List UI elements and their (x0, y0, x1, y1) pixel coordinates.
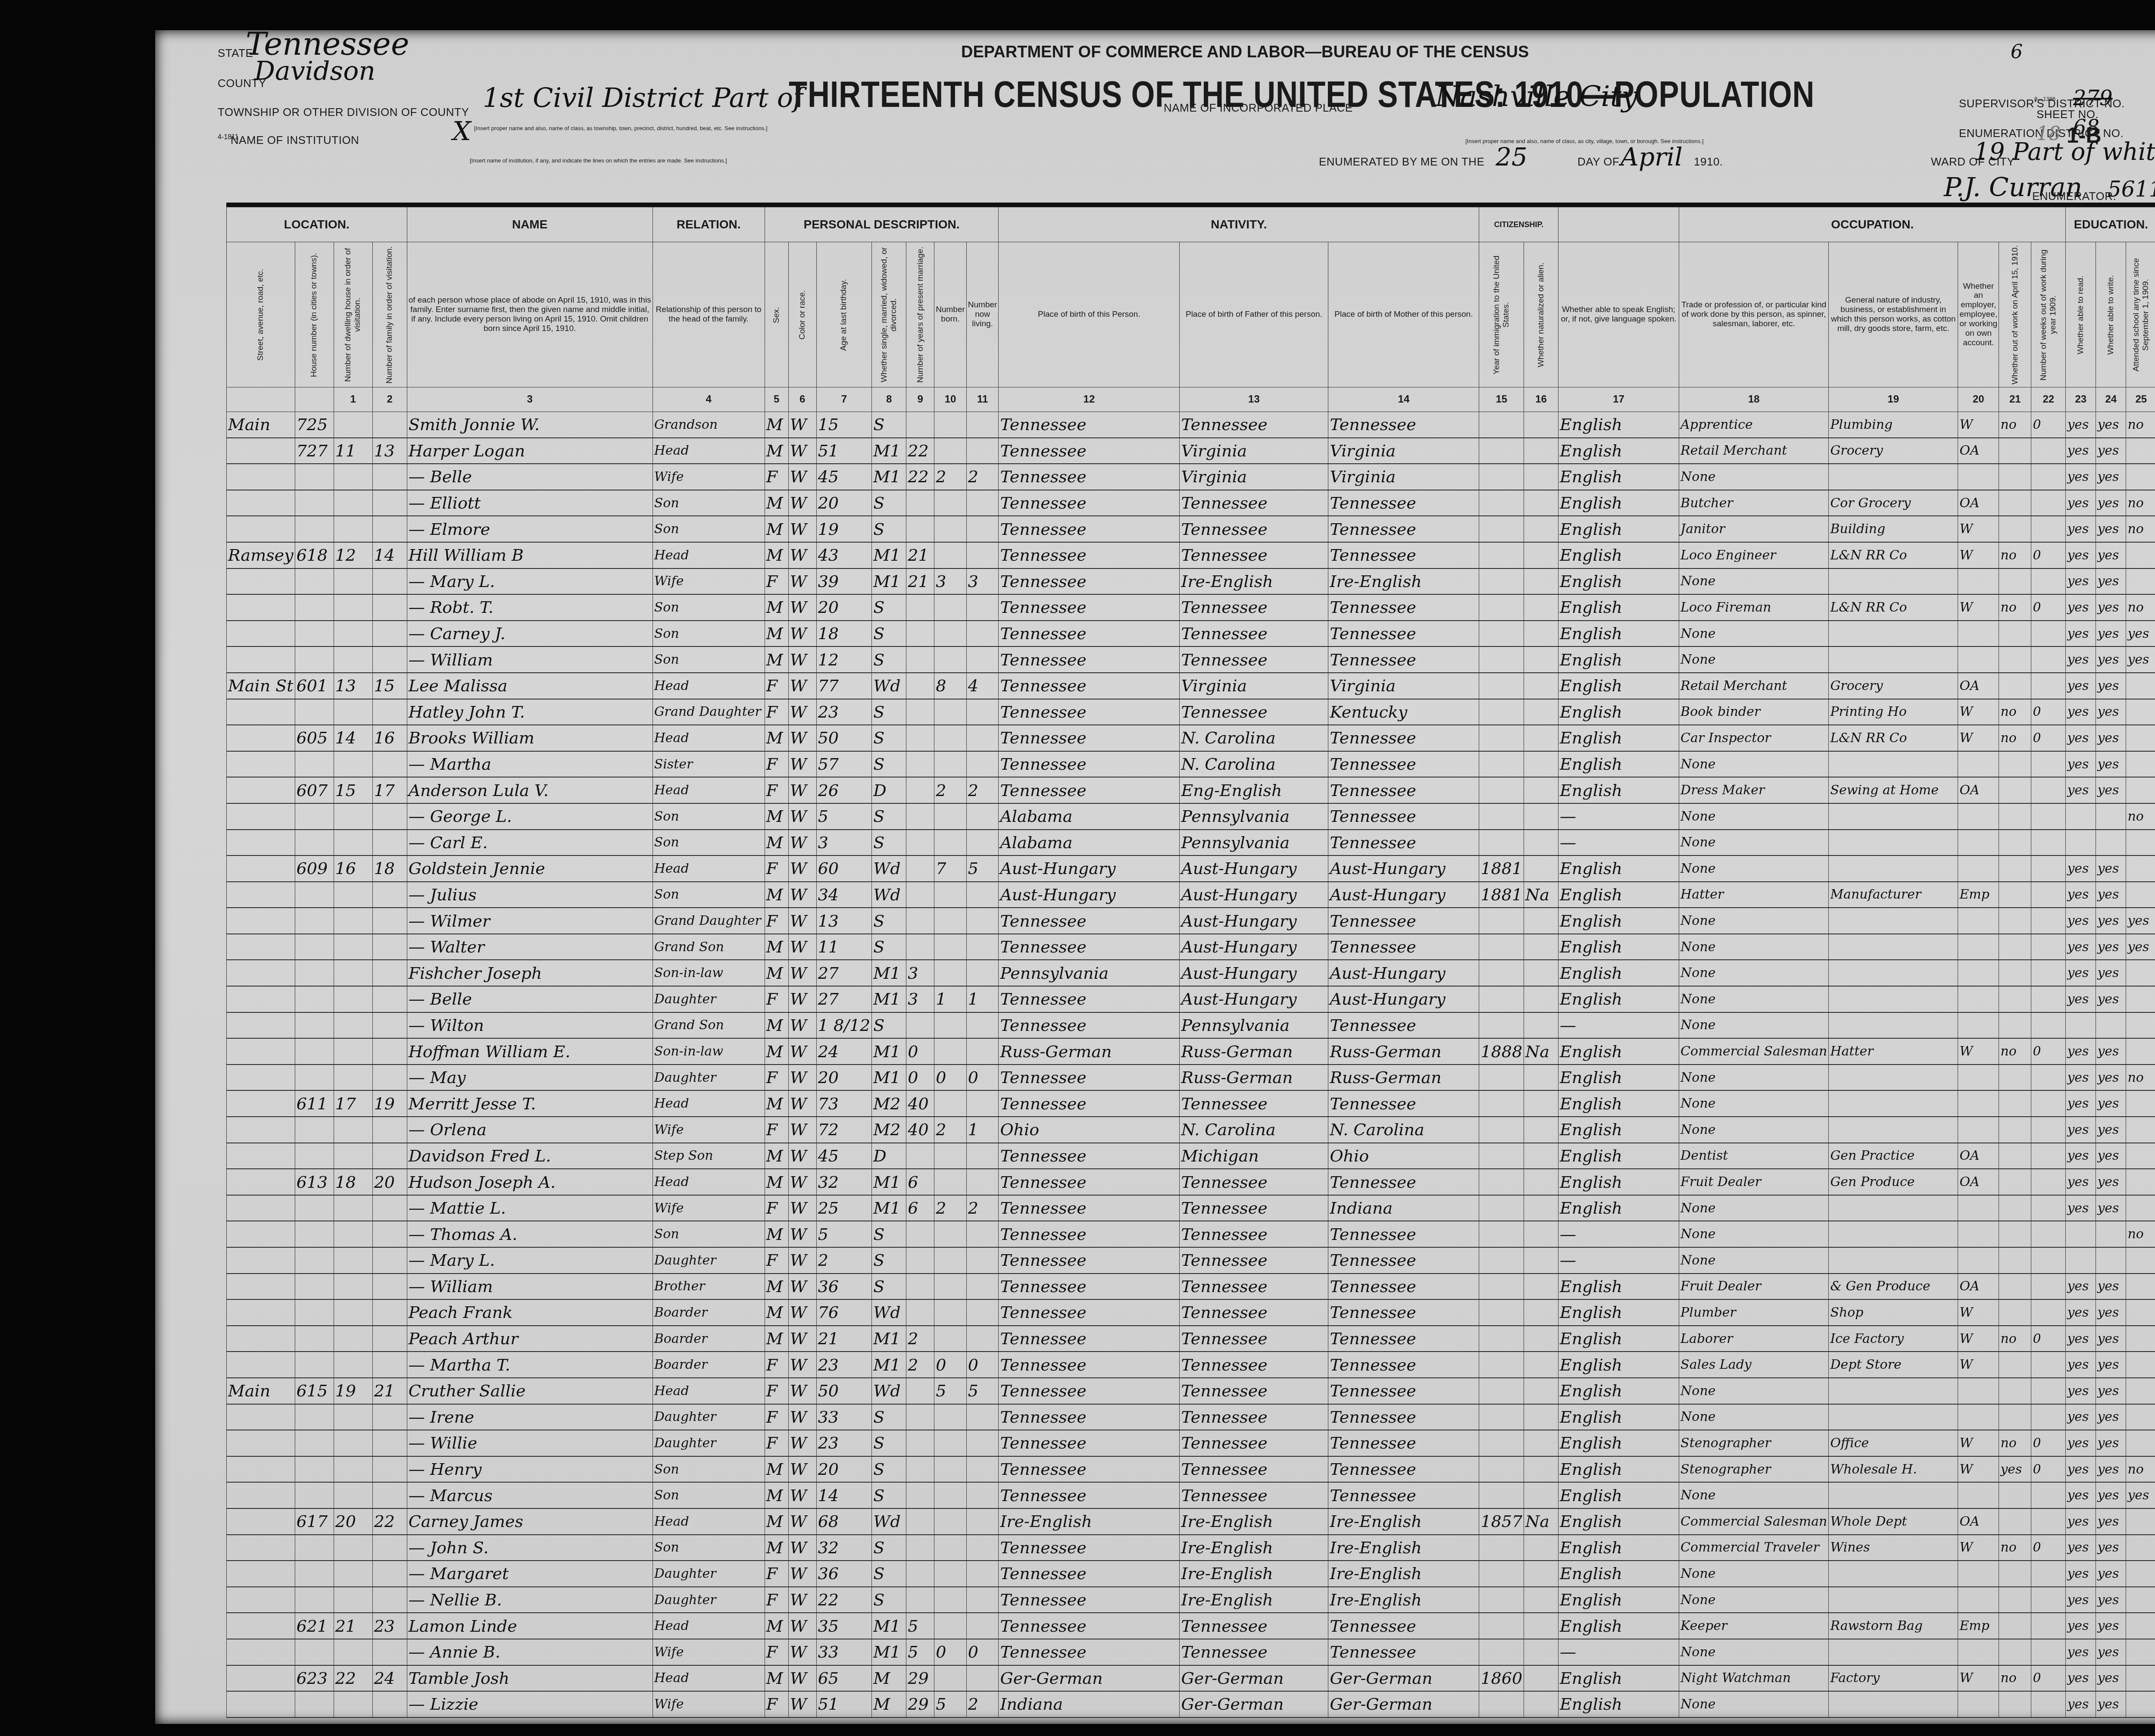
cell-write: yes (2096, 542, 2126, 568)
cell-bp: Tennessee (999, 1561, 1180, 1587)
cell-house: 727 (295, 438, 334, 464)
column-label: Whether an employer, employee, or workin… (1958, 242, 1999, 387)
cell-wks (2031, 856, 2066, 882)
cell-cls (1958, 934, 1999, 960)
cell-street (227, 516, 295, 542)
cell-out (1999, 1508, 2031, 1535)
cell-school (2126, 1665, 2155, 1692)
cell-nat (1524, 1587, 1558, 1613)
table-row: — JuliusSonMW34WdAust-HungaryAust-Hungar… (227, 882, 2155, 908)
cell-sex: M (765, 1299, 788, 1326)
cell-ms: M1 (872, 986, 906, 1012)
cell-sex: F (765, 986, 788, 1012)
cell-out (1999, 646, 2031, 673)
cell-school (2126, 1404, 2155, 1430)
cell-bp: Alabama (999, 830, 1180, 856)
cell-wks (2031, 1352, 2066, 1378)
table-row: — Mary L.DaughterFW2STennesseeTennesseeT… (227, 1247, 2155, 1274)
cell-ms: S (872, 1012, 906, 1039)
cell-read: yes (2066, 1508, 2096, 1535)
cell-school (2126, 1117, 2155, 1143)
cell-bp: Tennessee (999, 1012, 1180, 1039)
cell-write: yes (2096, 516, 2126, 542)
cell-imm (1479, 673, 1524, 699)
cell-name: — Carl E. (407, 830, 653, 856)
cell-imm (1479, 516, 1524, 542)
cell-mbp: Tennessee (1328, 1221, 1479, 1247)
cell-industry: Whole Dept (1829, 1508, 1958, 1535)
cell-fam (372, 1299, 407, 1326)
cell-school (2126, 1535, 2155, 1561)
cell-nat (1524, 1352, 1558, 1378)
cell-ms: S (872, 830, 906, 856)
table-row: — ElmoreSonMW19STennesseeTennesseeTennes… (227, 516, 2155, 542)
cell-write: yes (2096, 1456, 2126, 1483)
cell-school (2126, 673, 2155, 699)
cell-mbp: Tennessee (1328, 1613, 1479, 1639)
cell-imm (1479, 1247, 1524, 1274)
cell-trade: Plumber (1679, 1299, 1829, 1326)
cell-dw (334, 464, 372, 490)
cell-mbp: Tennessee (1328, 1012, 1479, 1039)
supervisor-value: 279 (2073, 86, 2113, 110)
cell-house: 621 (295, 1613, 334, 1639)
cell-industry: Grocery (1829, 673, 1958, 699)
cell-cls (1958, 464, 1999, 490)
cell-rel: Head (653, 856, 765, 882)
institution-label: NAME OF INSTITUTION (231, 134, 359, 147)
cell-rel: Son (653, 594, 765, 621)
cell-read: yes (2066, 1299, 2096, 1326)
cell-nat (1524, 1404, 1558, 1430)
cell-wks: 0 (2031, 1456, 2066, 1483)
cell-age: 73 (816, 1090, 872, 1117)
cell-school: yes (2126, 621, 2155, 647)
cell-industry (1829, 1247, 1958, 1274)
cell-yrs (906, 1482, 934, 1508)
cell-industry: Printing Ho (1829, 699, 1958, 725)
cell-read (2066, 830, 2096, 856)
column-label: Whether out of work on April 15, 1910. (1999, 242, 2031, 387)
cell-living (966, 1613, 999, 1639)
cell-sex: M (765, 1038, 788, 1065)
cell-bp: Tennessee (999, 516, 1180, 542)
cell-nat (1524, 1221, 1558, 1247)
cell-living (966, 882, 999, 908)
cell-wks (2031, 1143, 2066, 1169)
cell-imm (1479, 464, 1524, 490)
cell-nat (1524, 830, 1558, 856)
cell-house (295, 830, 334, 856)
cell-bp: Tennessee (999, 1299, 1180, 1326)
table-row: — MayDaughterFW20M1000TennesseeRuss-Germ… (227, 1065, 2155, 1091)
cell-write: yes (2096, 438, 2126, 464)
cell-street (227, 1090, 295, 1117)
cell-read: yes (2066, 699, 2096, 725)
cell-cls (1958, 1691, 1999, 1717)
cell-industry: Gen Practice (1829, 1143, 1958, 1169)
cell-nat (1524, 699, 1558, 725)
cell-wks: 0 (2031, 1665, 2066, 1692)
cell-street (227, 1143, 295, 1169)
cell-read: yes (2066, 1430, 2096, 1456)
cell-ms: Wd (872, 673, 906, 699)
cell-school (2126, 464, 2155, 490)
cell-cls: OA (1958, 1508, 1999, 1535)
cell-wks (2031, 568, 2066, 595)
cell-rel: Head (653, 725, 765, 751)
cell-cls: OA (1958, 438, 1999, 464)
cell-out (1999, 830, 2031, 856)
cell-write: yes (2096, 934, 2126, 960)
cell-write: yes (2096, 1299, 2126, 1326)
cell-industry: & Gen Produce (1829, 1274, 1958, 1300)
cell-name: — Orlena (407, 1117, 653, 1143)
cell-sex: F (765, 1247, 788, 1274)
cell-age: 77 (816, 673, 872, 699)
cell-mbp: Tennessee (1328, 621, 1479, 647)
cell-imm (1479, 1404, 1524, 1430)
cell-lang: English (1558, 490, 1679, 516)
cell-nat (1524, 568, 1558, 595)
column-label: Relationship of this person to the head … (653, 242, 765, 387)
cell-living: 2 (966, 777, 999, 803)
cell-name: Fishcher Joseph (407, 960, 653, 986)
cell-trade: None (1679, 1221, 1829, 1247)
cell-race: W (788, 1561, 816, 1587)
cell-rel: Grand Daughter (653, 908, 765, 934)
cell-yrs (906, 751, 934, 777)
cell-name: — Thomas A. (407, 1221, 653, 1247)
cell-mbp: Ire-English (1328, 568, 1479, 595)
cell-nat (1524, 1378, 1558, 1404)
cell-dw: 13 (334, 673, 372, 699)
cell-sex: M (765, 725, 788, 751)
cell-wks (2031, 1378, 2066, 1404)
cell-rel: Grand Son (653, 1012, 765, 1039)
cell-mbp: Tennessee (1328, 1169, 1479, 1195)
cell-yrs: 21 (906, 568, 934, 595)
column-label: General nature of industry, business, or… (1829, 242, 1958, 387)
cell-bp: Pennsylvania (999, 960, 1180, 986)
cell-cls (1958, 1247, 1999, 1274)
table-row: 6232224Tamble JoshHeadMW65M29Ger-GermanG… (227, 1665, 2155, 1692)
cell-trade: Book binder (1679, 699, 1829, 725)
cell-born (934, 1404, 967, 1430)
cell-fbp: Tennessee (1180, 516, 1328, 542)
cell-born (934, 542, 967, 568)
cell-dw (334, 882, 372, 908)
cell-write: yes (2096, 1535, 2126, 1561)
cell-sex: F (765, 1065, 788, 1091)
cell-dw (334, 621, 372, 647)
cell-house (295, 934, 334, 960)
cell-cls: W (1958, 1038, 1999, 1065)
cell-sex: M (765, 1535, 788, 1561)
cell-nat: Na (1524, 1038, 1558, 1065)
table-row: — BelleDaughterFW27M1311TennesseeAust-Hu… (227, 986, 2155, 1012)
cell-ms: M1 (872, 438, 906, 464)
cell-name: — Lizzie (407, 1691, 653, 1717)
cell-fam (372, 1561, 407, 1587)
cell-imm (1479, 1430, 1524, 1456)
cell-cls: W (1958, 1456, 1999, 1483)
cell-fbp: Tennessee (1180, 594, 1328, 621)
cell-name: Peach Frank (407, 1299, 653, 1326)
cell-dw (334, 1012, 372, 1039)
cell-living (966, 542, 999, 568)
cell-bp: Ger-German (999, 1665, 1180, 1692)
ward-value: 19 Part of white (1974, 138, 2155, 166)
cell-school: no (2126, 803, 2155, 830)
cell-name: Hill William B (407, 542, 653, 568)
table-row: Peach ArthurBoarderMW21M12TennesseeTenne… (227, 1326, 2155, 1352)
cell-sex: M (765, 1665, 788, 1692)
cell-lang: English (1558, 1090, 1679, 1117)
cell-mbp: Tennessee (1328, 646, 1479, 673)
cell-house (295, 1195, 334, 1221)
cell-cls: W (1958, 542, 1999, 568)
cell-lang: — (1558, 1221, 1679, 1247)
cell-yrs (906, 1378, 934, 1404)
cell-industry: Sewing at Home (1829, 777, 1958, 803)
cell-living: 0 (966, 1352, 999, 1378)
cell-imm (1479, 1561, 1524, 1587)
cell-name: — Annie B. (407, 1639, 653, 1665)
census-rows: Main725Smith Jonnie W.GrandsonMW15STenne… (227, 412, 2155, 1717)
cell-rel: Son (653, 882, 765, 908)
cell-dw (334, 1352, 372, 1378)
cell-imm (1479, 1352, 1524, 1378)
cell-rel: Wife (653, 464, 765, 490)
cell-trade: None (1679, 1561, 1829, 1587)
cell-wks (2031, 1587, 2066, 1613)
cell-lang: — (1558, 803, 1679, 830)
cell-wks: 0 (2031, 1326, 2066, 1352)
cell-school: yes (2126, 934, 2155, 960)
cell-nat (1524, 1430, 1558, 1456)
cell-fam: 18 (372, 856, 407, 882)
cell-cls (1958, 751, 1999, 777)
cell-age: 32 (816, 1169, 872, 1195)
column-label: Number of years of present marriage. (906, 242, 934, 387)
cell-nat: Na (1524, 882, 1558, 908)
cell-cls: W (1958, 1535, 1999, 1561)
cell-rel: Step Son (653, 1143, 765, 1169)
incorporated-label: NAME OF INCORPORATED PLACE (1164, 101, 1353, 115)
cell-trade: Stenographer (1679, 1430, 1829, 1456)
cell-born (934, 1090, 967, 1117)
cell-fbp: Tennessee (1180, 1430, 1328, 1456)
cell-fbp: Tennessee (1180, 1090, 1328, 1117)
cell-living (966, 1587, 999, 1613)
cell-sex: M (765, 882, 788, 908)
cell-nat (1524, 490, 1558, 516)
cell-imm (1479, 1482, 1524, 1508)
cell-name: — William (407, 646, 653, 673)
cell-lang: English (1558, 621, 1679, 647)
cell-sex: M (765, 1456, 788, 1483)
cell-age: 20 (816, 1065, 872, 1091)
cell-lang: — (1558, 830, 1679, 856)
cell-wks (2031, 1613, 2066, 1639)
cell-yrs: 6 (906, 1169, 934, 1195)
cell-ms: Wd (872, 856, 906, 882)
cell-wks (2031, 1117, 2066, 1143)
cell-bp: Tennessee (999, 1221, 1180, 1247)
cell-lang: English (1558, 882, 1679, 908)
cell-bp: Tennessee (999, 1090, 1180, 1117)
cell-imm (1479, 830, 1524, 856)
cell-school (2126, 1613, 2155, 1639)
column-number: 16 (1524, 387, 1558, 412)
column-label: Place of birth of this Person. (999, 242, 1180, 387)
cell-fbp: Aust-Hungary (1180, 908, 1328, 934)
cell-living (966, 1169, 999, 1195)
cell-fbp: Pennsylvania (1180, 1012, 1328, 1039)
cell-lang: English (1558, 646, 1679, 673)
cell-imm (1479, 594, 1524, 621)
cell-industry (1829, 1482, 1958, 1508)
cell-industry (1829, 1691, 1958, 1717)
cell-yrs (906, 1221, 934, 1247)
cell-lang: — (1558, 1247, 1679, 1274)
cell-out (1999, 1613, 2031, 1639)
cell-industry: Office (1829, 1430, 1958, 1456)
cell-ms: M1 (872, 568, 906, 595)
cell-read: yes (2066, 751, 2096, 777)
cell-out (1999, 1143, 2031, 1169)
cell-sex: F (765, 751, 788, 777)
cell-fbp: Pennsylvania (1180, 830, 1328, 856)
column-label: Place of birth of Mother of this person. (1328, 242, 1479, 387)
column-number: 23 (2066, 387, 2096, 412)
cell-fam (372, 934, 407, 960)
cell-nat (1524, 1691, 1558, 1717)
cell-lang: English (1558, 412, 1679, 438)
cell-industry (1829, 908, 1958, 934)
cell-trade: None (1679, 803, 1829, 830)
cell-read: yes (2066, 1404, 2096, 1430)
cell-ms: M1 (872, 542, 906, 568)
cell-mbp: Ger-German (1328, 1665, 1479, 1692)
cell-sex: M (765, 1508, 788, 1535)
cell-trade: None (1679, 1404, 1829, 1430)
cell-mbp: Tennessee (1328, 803, 1479, 830)
cell-street (227, 1195, 295, 1221)
cell-out (1999, 986, 2031, 1012)
cell-ms: S (872, 646, 906, 673)
cell-out (1999, 1012, 2031, 1039)
cell-mbp: Virginia (1328, 438, 1479, 464)
cell-mbp: Aust-Hungary (1328, 856, 1479, 882)
cell-mbp: Tennessee (1328, 1378, 1479, 1404)
cell-rel: Daughter (653, 1404, 765, 1430)
cell-bp: Tennessee (999, 1352, 1180, 1378)
cell-out: no (1999, 1535, 2031, 1561)
column-label: of each person whose place of abode on A… (407, 242, 653, 387)
cell-wks (2031, 960, 2066, 986)
cell-trade: None (1679, 1691, 1829, 1717)
cell-dw (334, 1691, 372, 1717)
cell-race: W (788, 908, 816, 934)
cell-wks: 0 (2031, 1535, 2066, 1561)
cell-imm (1479, 490, 1524, 516)
cell-street (227, 1012, 295, 1039)
cell-imm (1479, 1326, 1524, 1352)
cell-cls: OA (1958, 490, 1999, 516)
cell-read: yes (2066, 856, 2096, 882)
cell-fam (372, 960, 407, 986)
cell-imm (1479, 1012, 1524, 1039)
column-label: Whether able to write. (2096, 242, 2126, 387)
cell-industry (1829, 803, 1958, 830)
cell-rel: Son (653, 490, 765, 516)
group-nativity: NATIVITY. (999, 207, 1479, 242)
cell-wks (2031, 1691, 2066, 1717)
cell-street (227, 908, 295, 934)
cell-born (934, 594, 967, 621)
cell-write: yes (2096, 1090, 2126, 1117)
cell-fbp: Aust-Hungary (1180, 934, 1328, 960)
cell-rel: Head (653, 1665, 765, 1692)
cell-out (1999, 882, 2031, 908)
cell-nat (1524, 1169, 1558, 1195)
cell-born: 5 (934, 1691, 967, 1717)
cell-sex: M (765, 1482, 788, 1508)
cell-dw (334, 1561, 372, 1587)
cell-rel: Grand Son (653, 934, 765, 960)
cell-born (934, 830, 967, 856)
cell-bp: Tennessee (999, 725, 1180, 751)
cell-imm: 1888 (1479, 1038, 1524, 1065)
cell-rel: Wife (653, 1117, 765, 1143)
cell-imm (1479, 646, 1524, 673)
cell-yrs: 5 (906, 1613, 934, 1639)
table-row: — WilliamSonMW12STennesseeTennesseeTenne… (227, 646, 2155, 673)
cell-industry: Plumbing (1829, 412, 1958, 438)
cell-street (227, 777, 295, 803)
cell-yrs (906, 699, 934, 725)
cell-industry: Cor Grocery (1829, 490, 1958, 516)
cell-read: yes (2066, 1195, 2096, 1221)
cell-ms: S (872, 1535, 906, 1561)
cell-sex: M (765, 1012, 788, 1039)
cell-wks (2031, 751, 2066, 777)
cell-born (934, 1299, 967, 1326)
cell-ms: M1 (872, 1613, 906, 1639)
cell-school: yes (2126, 908, 2155, 934)
cell-nat (1524, 1639, 1558, 1665)
cell-yrs (906, 908, 934, 934)
township-label: TOWNSHIP OR OTHER DIVISION OF COUNTY (218, 106, 469, 119)
cell-read: yes (2066, 1561, 2096, 1587)
cell-imm (1479, 1221, 1524, 1247)
cell-cls (1958, 1587, 1999, 1613)
cell-cls: W (1958, 1430, 1999, 1456)
cell-rel: Head (653, 542, 765, 568)
cell-house (295, 699, 334, 725)
column-label: Whether naturalized or alien. (1524, 242, 1558, 387)
cell-nat (1524, 1274, 1558, 1300)
cell-nat (1524, 1065, 1558, 1091)
cell-rel: Head (653, 1613, 765, 1639)
cell-race: W (788, 1613, 816, 1639)
cell-age: 51 (816, 438, 872, 464)
cell-street (227, 1065, 295, 1091)
cell-dw (334, 1326, 372, 1352)
table-row: 6131820Hudson Joseph A.HeadMW32M16Tennes… (227, 1169, 2155, 1195)
